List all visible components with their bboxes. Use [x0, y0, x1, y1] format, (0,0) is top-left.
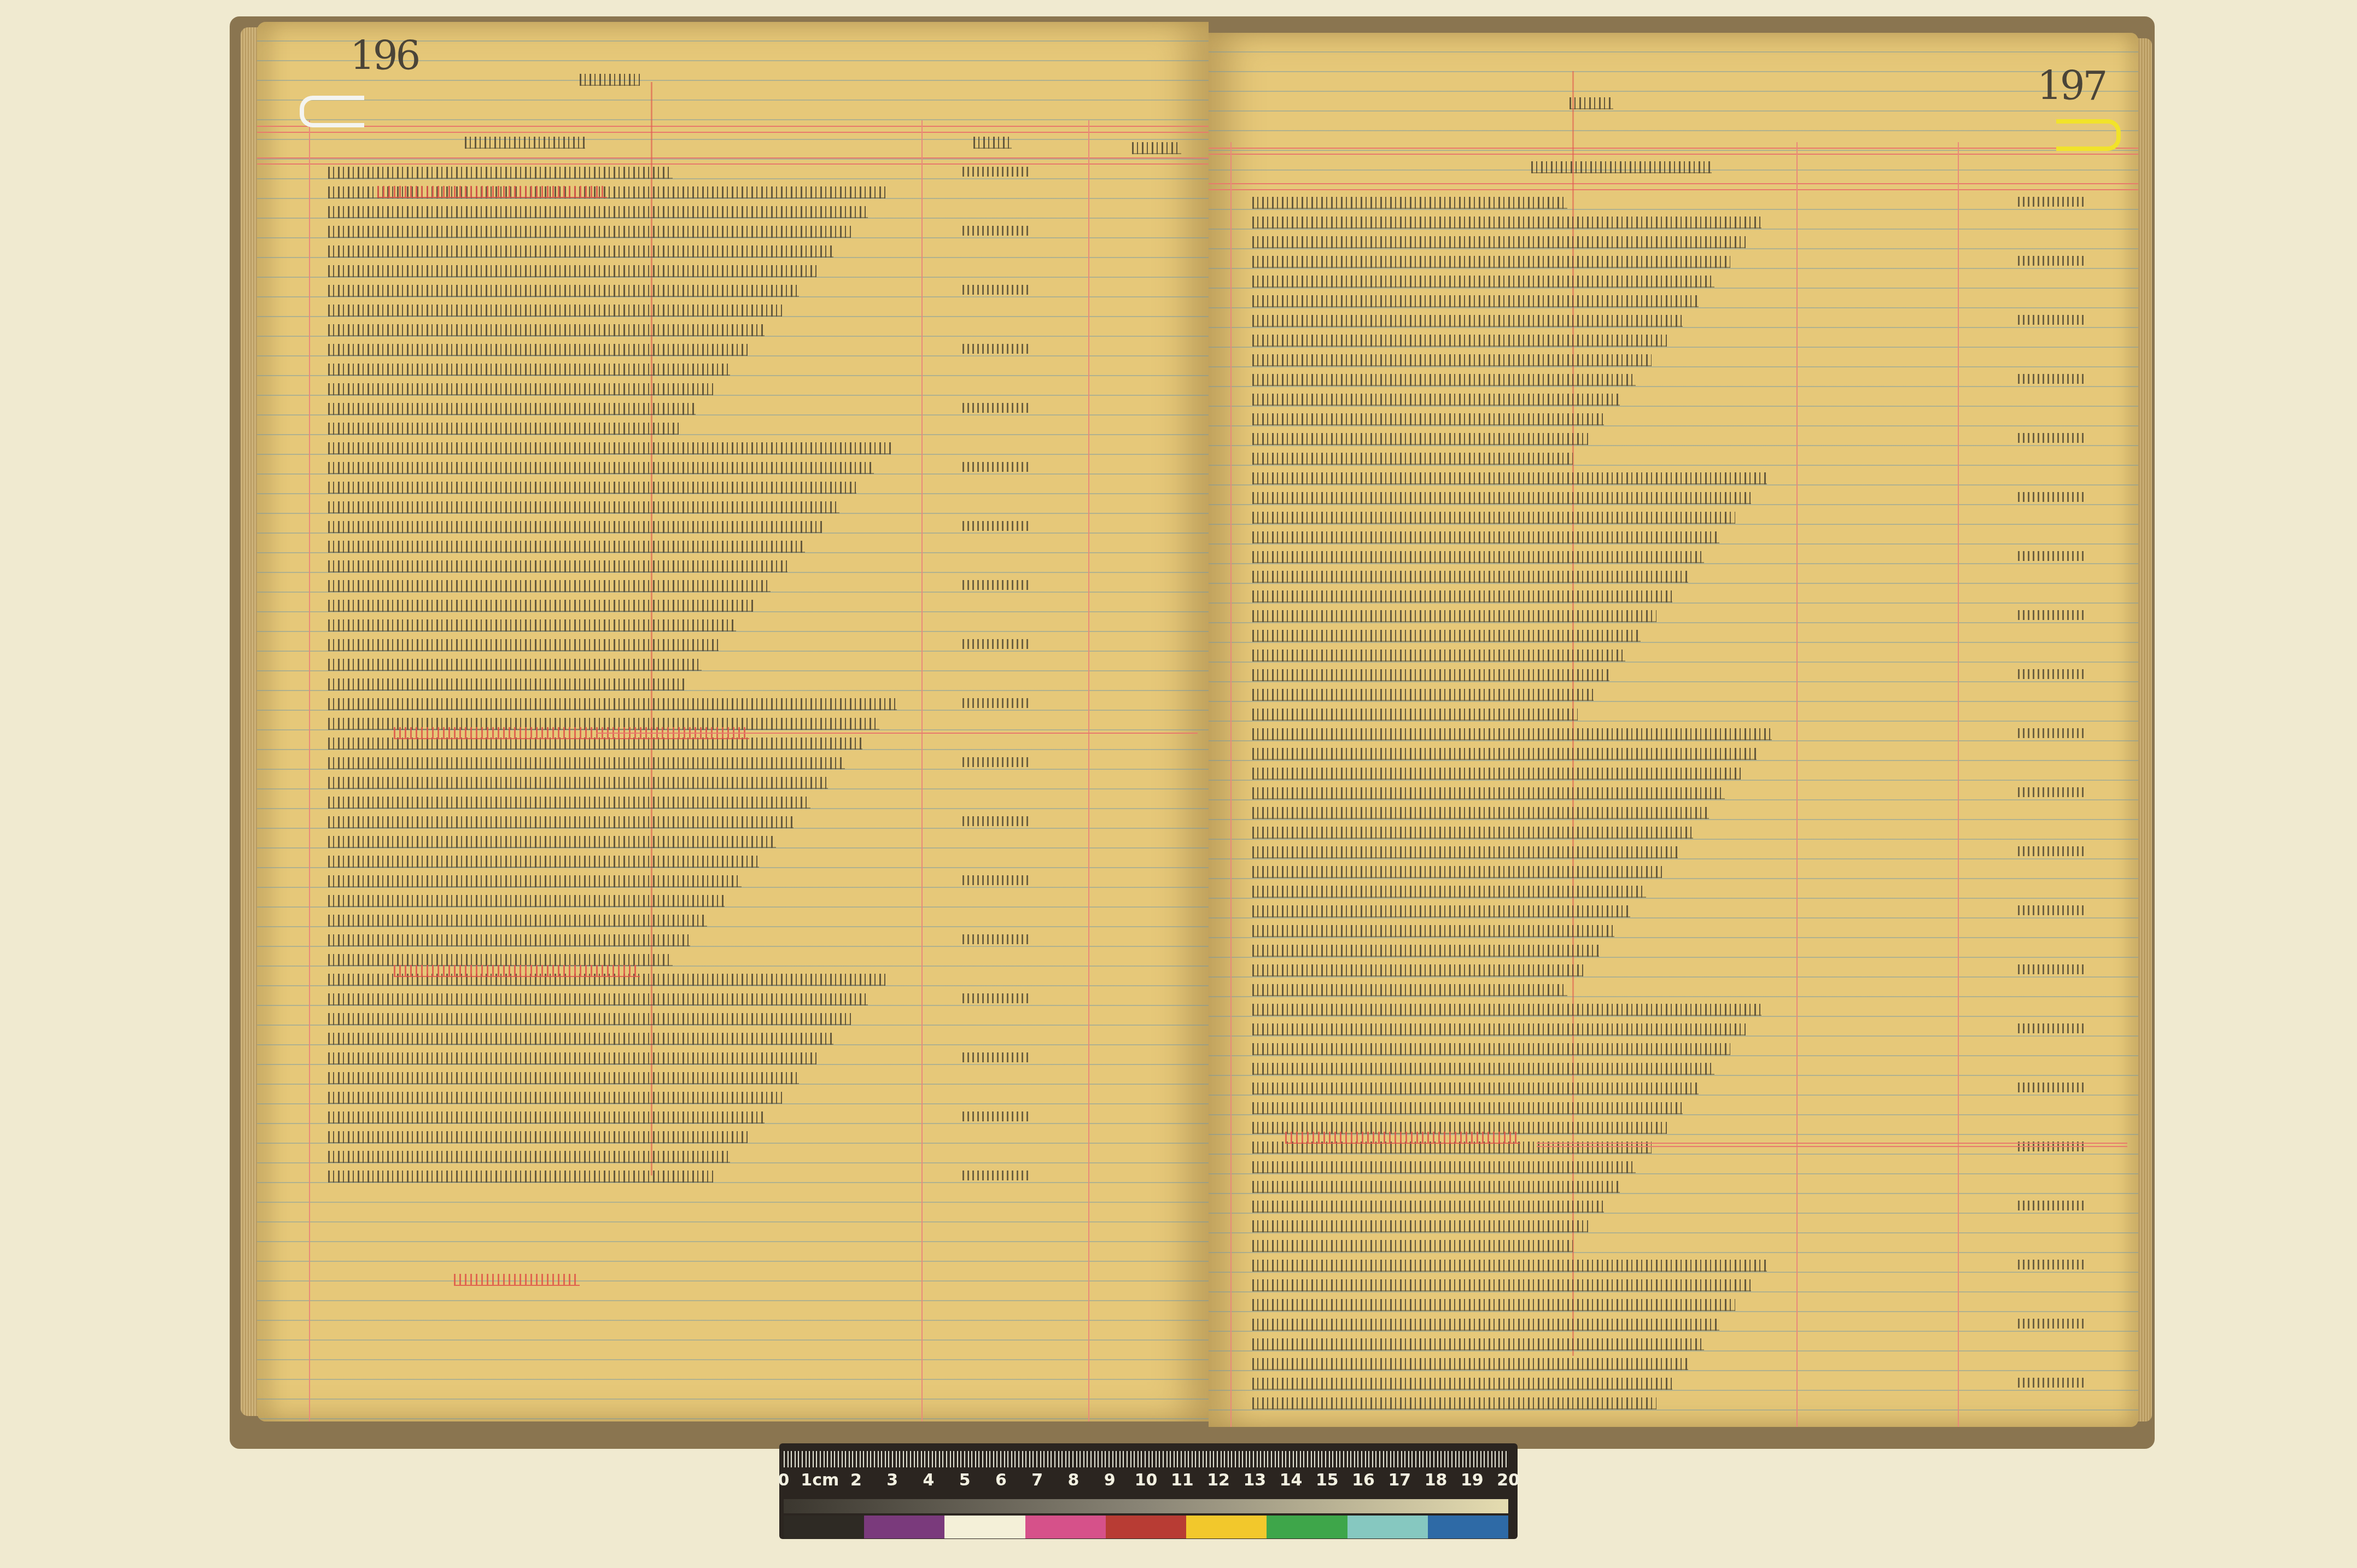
handwritten-line [1252, 1004, 1761, 1016]
handwritten-line [1252, 256, 1730, 268]
color-patch [1267, 1516, 1347, 1538]
handwritten-line [1252, 1397, 1656, 1409]
red-signature [454, 1274, 580, 1286]
handwritten-line [1252, 630, 1641, 642]
red-divider [1537, 1143, 2127, 1147]
handwritten-line [1252, 866, 1662, 878]
column-header-particulars [465, 137, 585, 149]
amount-entry [2018, 551, 2084, 561]
handwritten-line [1252, 197, 1567, 209]
handwritten-line [1252, 1023, 1746, 1035]
header-rule-top [1209, 148, 2138, 155]
right-page: 197 [1209, 33, 2138, 1427]
left-page: 196 [257, 22, 1209, 1421]
handwritten-line [328, 875, 742, 887]
handwritten-line [1252, 827, 1693, 839]
ruler-ticks [784, 1451, 1508, 1467]
color-patch [784, 1516, 864, 1538]
handwritten-line [1252, 1240, 1573, 1252]
handwritten-line [328, 1151, 730, 1163]
ruler-label: 18 [1425, 1471, 1448, 1490]
amount-entry [962, 580, 1028, 590]
paper-clip-yellow [2056, 119, 2121, 151]
handwritten-line [1252, 492, 1751, 504]
color-patch [1106, 1516, 1186, 1538]
handwritten-line [1252, 728, 1772, 740]
handwritten-line [328, 482, 856, 494]
amount-entry [962, 1111, 1028, 1121]
ruler-label: 14 [1280, 1471, 1303, 1490]
red-divider [596, 733, 1198, 735]
color-patches [784, 1516, 1508, 1538]
handwritten-line [328, 1092, 782, 1104]
ruler-label: 10 [1135, 1471, 1158, 1490]
ruler-label: 19 [1461, 1471, 1484, 1490]
amount-entry [2018, 1319, 2084, 1329]
page-number: 197 [2037, 63, 2105, 109]
handwritten-line [1252, 610, 1656, 622]
margin-line [1230, 142, 1232, 1427]
amount-entry [962, 698, 1028, 708]
red-annotation [1285, 1132, 1520, 1144]
handwritten-line [1252, 1181, 1620, 1193]
handwritten-line [1252, 1279, 1751, 1291]
handwritten-line [328, 245, 833, 258]
handwritten-line [328, 757, 845, 769]
red-annotation [377, 186, 607, 198]
handwritten-line [328, 206, 868, 218]
handwritten-line [1252, 689, 1594, 701]
amount-entry [962, 993, 1028, 1003]
handwritten-line [328, 698, 897, 710]
handwritten-line [328, 285, 799, 297]
handwritten-line [328, 423, 679, 435]
handwritten-line [328, 934, 690, 946]
column-divider [1796, 142, 1798, 1427]
ruler-label: 12 [1207, 1471, 1230, 1490]
amount-entry [2018, 492, 2084, 502]
column-divider [1958, 142, 1959, 1427]
amount-entry [2018, 1378, 2084, 1388]
amount-entry [2018, 1083, 2084, 1092]
paper-clip-white [300, 96, 364, 127]
handwritten-line [328, 1072, 799, 1084]
handwritten-line [328, 167, 673, 179]
ruler-label: 7 [1031, 1471, 1043, 1490]
handwritten-line [328, 541, 805, 553]
amount-entry [2018, 374, 2084, 384]
color-patch [1186, 1516, 1267, 1538]
handwritten-line [1252, 433, 1588, 445]
handwritten-line [328, 442, 891, 454]
color-patch [1428, 1516, 1508, 1538]
ruler-labels: 01cm234567891011121314151617181920 [779, 1471, 1518, 1498]
amount-entry [962, 1171, 1028, 1180]
handwritten-line [1252, 453, 1573, 465]
handwritten-line [1252, 335, 1667, 347]
handwritten-line [1252, 787, 1725, 799]
handwritten-line [1252, 807, 1709, 819]
page-heading [1570, 97, 1613, 109]
amount-entry [2018, 256, 2084, 266]
handwritten-line [1252, 472, 1767, 484]
handwritten-line [1252, 709, 1578, 721]
grayscale-strip [784, 1499, 1508, 1513]
column-header-total [1132, 142, 1181, 154]
handwritten-line [328, 797, 810, 809]
handwritten-line [1252, 945, 1599, 957]
amount-entry [962, 462, 1028, 472]
header-rule-bottom [1209, 183, 2138, 190]
column-divider [1088, 120, 1089, 1421]
handwritten-line [1252, 1378, 1672, 1390]
page-number: 196 [350, 33, 418, 79]
color-calibration-ruler: 01cm234567891011121314151617181920 [779, 1443, 1518, 1539]
handwritten-line [328, 954, 673, 966]
handwritten-line [1252, 236, 1746, 248]
handwritten-line [1252, 1260, 1767, 1272]
handwritten-line [1252, 1299, 1735, 1311]
handwritten-line [1252, 905, 1630, 917]
handwritten-line [1252, 531, 1719, 543]
amount-entry [2018, 905, 2084, 915]
ruler-label: 15 [1316, 1471, 1339, 1490]
header-rule-top [257, 126, 1209, 133]
handwritten-line [1252, 295, 1699, 307]
handwritten-line [328, 305, 782, 317]
handwritten-line [1252, 886, 1646, 898]
handwritten-line [328, 265, 816, 277]
handwritten-line [1252, 1043, 1730, 1055]
handwritten-line [328, 324, 765, 336]
color-patch [864, 1516, 944, 1538]
amount-entry [2018, 669, 2084, 679]
handwritten-line [1252, 590, 1672, 602]
handwritten-line [328, 1052, 816, 1064]
amount-entry [2018, 787, 2084, 797]
amount-entry [962, 403, 1028, 413]
amount-entry [2018, 728, 2084, 738]
handwritten-line [328, 816, 794, 828]
amount-entry [2018, 610, 2084, 620]
handwritten-line [328, 226, 851, 238]
ruler-label: 13 [1243, 1471, 1266, 1490]
color-patch [1025, 1516, 1106, 1538]
amount-entry [2018, 433, 2084, 443]
ruler-label: 8 [1068, 1471, 1080, 1490]
color-patch [1347, 1516, 1428, 1538]
handwritten-line [1252, 846, 1678, 858]
handwritten-line [1252, 1102, 1683, 1114]
handwritten-line [1252, 1220, 1588, 1232]
ruler-label: 9 [1104, 1471, 1116, 1490]
handwritten-line [328, 403, 696, 415]
column-header-particulars [1531, 161, 1712, 173]
handwritten-line [328, 1131, 748, 1143]
handwritten-line [328, 1033, 833, 1045]
ruler-label: 4 [923, 1471, 935, 1490]
ruler-label: 0 [778, 1471, 790, 1490]
handwritten-line [328, 521, 822, 533]
ruler-label: 5 [959, 1471, 971, 1490]
handwritten-line [1252, 413, 1604, 425]
handwritten-line [328, 1013, 851, 1025]
amount-entry [2018, 1201, 2084, 1210]
handwritten-line [1252, 1338, 1704, 1350]
color-patch [944, 1516, 1025, 1538]
amount-entry [2018, 846, 2084, 856]
handwritten-line [328, 993, 868, 1005]
handwritten-line [328, 1171, 713, 1183]
amount-entry [962, 934, 1028, 944]
handwritten-line [328, 738, 862, 750]
handwritten-line [328, 639, 719, 651]
ruler-label: 20 [1497, 1471, 1520, 1490]
amount-entry [2018, 315, 2084, 325]
amount-entry [2018, 197, 2084, 207]
handwritten-line [1252, 669, 1609, 681]
handwritten-line [328, 915, 707, 927]
red-annotation [394, 965, 640, 977]
amount-entry [962, 1052, 1028, 1062]
amount-entry [2018, 964, 2084, 974]
amount-entry [962, 226, 1028, 236]
handwritten-line [328, 560, 787, 572]
amount-entry [962, 167, 1028, 177]
handwritten-line [328, 364, 730, 376]
handwritten-line [328, 580, 771, 592]
ruler-label: 16 [1352, 1471, 1375, 1490]
handwritten-line [1252, 374, 1636, 386]
handwritten-line [1252, 1161, 1636, 1173]
amount-entry [2018, 1023, 2084, 1033]
handwritten-line [328, 895, 725, 907]
handwritten-line [328, 836, 776, 848]
ruler-label: 17 [1388, 1471, 1411, 1490]
handwritten-line [1252, 1063, 1714, 1075]
handwritten-line [1252, 964, 1583, 976]
amount-entry [962, 875, 1028, 885]
handwritten-line [1252, 984, 1567, 996]
handwritten-line [1252, 276, 1714, 288]
ruler-label: 6 [995, 1471, 1007, 1490]
handwritten-line [1252, 571, 1688, 583]
handwritten-line [328, 678, 684, 691]
margin-line [309, 120, 310, 1421]
amount-entry [962, 344, 1028, 354]
handwritten-line [1252, 650, 1625, 662]
handwritten-line [1252, 748, 1757, 760]
handwritten-line [1252, 1358, 1688, 1370]
handwritten-line [1252, 315, 1683, 327]
handwritten-line [328, 619, 736, 631]
handwritten-line [1252, 217, 1761, 229]
handwritten-line [328, 1111, 765, 1124]
ruler-label: 1cm [801, 1471, 839, 1490]
column-header-amount [973, 137, 1012, 149]
amount-entry [962, 639, 1028, 649]
amount-entry [962, 285, 1028, 295]
amount-entry [962, 521, 1028, 531]
amount-entry [2018, 1260, 2084, 1269]
handwritten-line [1252, 1083, 1699, 1095]
amount-entry [962, 816, 1028, 826]
handwritten-line [328, 344, 748, 356]
handwritten-line [1252, 1201, 1604, 1213]
handwritten-line [1252, 354, 1652, 366]
column-divider [921, 120, 923, 1421]
amount-entry [962, 757, 1028, 767]
handwritten-line [1252, 1319, 1719, 1331]
handwritten-line [328, 777, 828, 789]
handwritten-line [328, 383, 713, 395]
handwritten-line [1252, 925, 1614, 937]
ruler-label: 2 [850, 1471, 862, 1490]
header-rule-bottom [257, 157, 1209, 165]
handwritten-line [1252, 394, 1620, 406]
handwritten-line [1252, 551, 1704, 563]
page-heading [580, 74, 640, 87]
ruler-label: 3 [886, 1471, 898, 1490]
handwritten-line [328, 659, 702, 671]
handwritten-line [1252, 768, 1741, 780]
handwritten-line [328, 856, 759, 868]
handwritten-line [328, 501, 839, 513]
handwritten-line [1252, 512, 1735, 524]
handwritten-line [328, 600, 753, 612]
ruler-label: 11 [1171, 1471, 1194, 1490]
handwritten-line [328, 462, 874, 474]
